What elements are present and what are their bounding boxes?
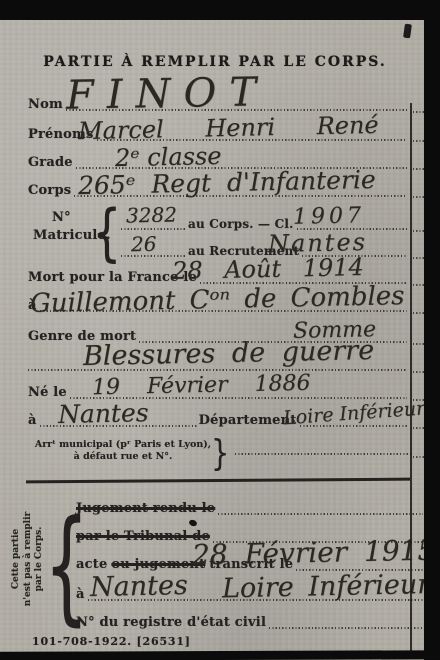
- side-note-rotated: Cette partie n'est pas à remplir par le …: [11, 497, 45, 621]
- scanned-form-paper: PARTIE À REMPLIR PAR LE CORPS. Nom FINOT…: [0, 0, 440, 660]
- margin-dotted-stub: [413, 196, 424, 198]
- margin-dotted-stub: [413, 456, 424, 458]
- margin-dotted-stub: [413, 257, 424, 259]
- naissance-lieu-label: à: [28, 414, 37, 428]
- arrondissement-label-line1: Arrᵗ municipal (pʳ Paris et Lyon),: [34, 439, 212, 451]
- margin-dotted-stub: [413, 230, 424, 232]
- form-title: PARTIE À REMPLIR PAR LE CORPS.: [0, 55, 430, 69]
- margin-vertical-rule: [410, 103, 412, 652]
- margin-dotted-stub: [413, 427, 424, 429]
- margin-dotted-stub: [413, 140, 424, 142]
- transcription-departement-handwriting: Loire Inférieure: [222, 571, 440, 603]
- dotted-line: [121, 228, 187, 230]
- transcription-lieu-label: à: [76, 588, 85, 602]
- grade-handwriting: 2ᵉ classe: [115, 144, 222, 170]
- transcription-lieu-handwriting: Nantes: [90, 572, 188, 601]
- nom-handwriting: FINOT: [66, 72, 270, 116]
- departement-label: Département: [199, 414, 297, 428]
- naissance-date-handwriting: 19 Février 1886: [92, 373, 311, 400]
- nom-label: Nom: [28, 98, 63, 112]
- prenoms-handwriting: Marcel Henri René: [78, 113, 379, 143]
- scan-edge-bottom: [0, 650, 440, 660]
- naissance-date-label: Né le: [28, 386, 67, 400]
- margin-dotted-stub: [413, 111, 424, 113]
- margin-ink-mark: [403, 24, 412, 39]
- margin-dotted-stub: [413, 343, 424, 345]
- genre-mort-handwriting: Blessures de guerre: [83, 337, 375, 370]
- tribunal-label-struck: par le Tribunal de: [76, 530, 210, 544]
- acte-date-handwriting: 28 Février 1915: [192, 536, 436, 569]
- dotted-line: [218, 513, 423, 515]
- margin-dotted-stub: [413, 284, 424, 286]
- dotted-line: [235, 453, 411, 455]
- acte-prefix-label: acte: [76, 558, 107, 572]
- matricule-recrutement-number: 26: [131, 234, 157, 255]
- mort-lieu-handwriting: Guillemont Cᵒⁿ de Combles: [30, 283, 405, 317]
- arrondissement-label: Arrᵗ municipal (pʳ Paris et Lyon), à déf…: [34, 439, 212, 464]
- margin-dotted-stub: [413, 312, 424, 314]
- scan-edge-top: [0, 0, 440, 20]
- registre-label: N° du registre d'état civil: [76, 616, 266, 630]
- matricule-no-label: N°: [52, 211, 71, 225]
- jugement-row: Jugement rendu le: [76, 499, 424, 516]
- naissance-departement-handwriting: Loire Inférieure: [283, 399, 437, 429]
- mort-date-handwriting: 28 Août 1914: [172, 255, 364, 283]
- arrondissement-brace: }: [211, 436, 229, 472]
- recrutement-lieu-handwriting: Nantes: [268, 230, 367, 256]
- margin-dotted-stub: [413, 168, 424, 170]
- side-note-line2: n'est pas à remplir: [23, 497, 35, 621]
- dotted-line: [269, 627, 423, 629]
- scan-edge-right: [424, 0, 440, 660]
- naissance-lieu-handwriting: Nantes: [58, 400, 149, 427]
- matricule-corps-number: 3282: [126, 204, 177, 225]
- section-divider-rule: [26, 478, 410, 484]
- ink-blob: [188, 519, 198, 527]
- corps-label: Corps: [28, 184, 71, 198]
- margin-dotted-stub: [413, 371, 424, 373]
- registre-row: N° du registre d'état civil: [76, 613, 424, 630]
- jugement-label-struck: Jugement rendu le: [76, 502, 215, 516]
- printer-mark: 101-708-1922. [26531]: [32, 636, 191, 647]
- margin-dotted-stub: [413, 399, 424, 401]
- grade-label: Grade: [28, 156, 73, 170]
- corps-handwriting: 265ᵉ Regt d'Infanterie: [78, 167, 376, 198]
- side-note-line1: Cette partie: [11, 497, 23, 621]
- classe-handwriting: 1907: [293, 205, 365, 229]
- arrondissement-label-line2: à défaut rue et N°.: [34, 451, 212, 463]
